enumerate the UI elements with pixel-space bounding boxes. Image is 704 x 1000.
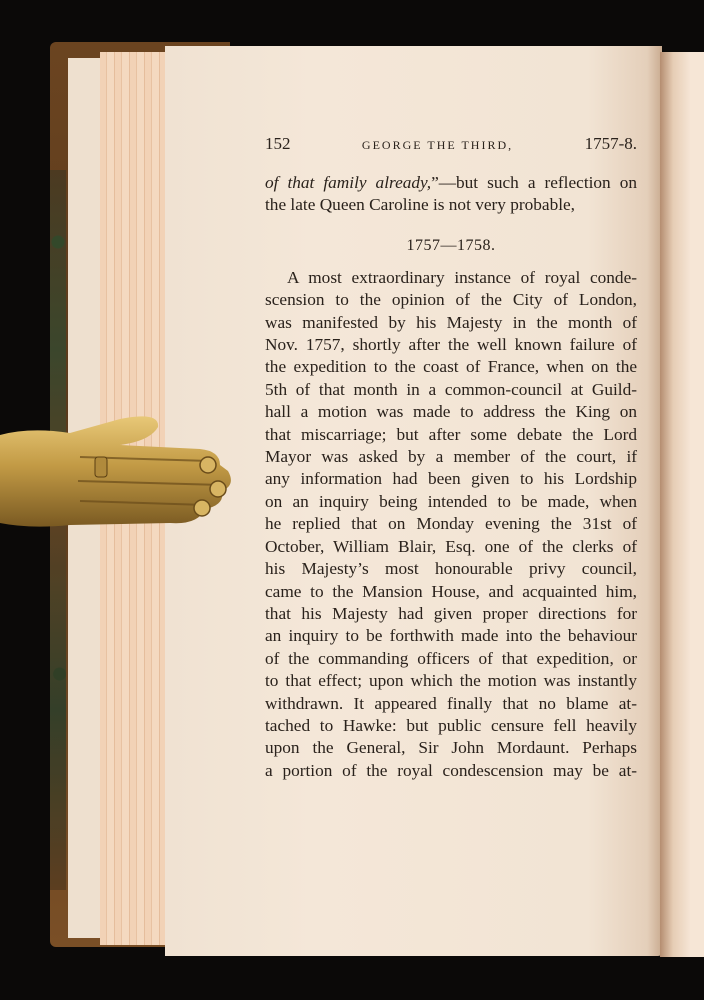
text-line: the expedition to the coast of France, w…	[265, 356, 637, 378]
page-number: 152	[265, 134, 291, 154]
section-heading: 1757—1758.	[265, 237, 637, 255]
page-text: 152 GEORGE THE THIRD, 1757-8. of that fa…	[265, 134, 637, 782]
text-line: 5th of that month in a common-council at…	[265, 379, 637, 401]
text-line: scension to the opinion of the City of L…	[265, 289, 637, 311]
text-line: of that family already,”—but such a refl…	[265, 172, 637, 194]
text-line: he replied that on Monday evening the 31…	[265, 513, 637, 535]
text-line: the late Queen Caroline is not very prob…	[265, 194, 637, 216]
brass-hand-page-holder	[0, 405, 235, 535]
text-line: on an inquiry being intended to be made,…	[265, 491, 637, 513]
text-line: withdrawn. It appeared finally that no b…	[265, 693, 637, 715]
running-title: GEORGE THE THIRD,	[362, 138, 513, 153]
text-line: October, William Blair, Esq. one of the …	[265, 536, 637, 558]
text-line: his Majesty’s most honourable privy coun…	[265, 558, 637, 580]
text-line: Nov. 1757, shortly after the well known …	[265, 334, 637, 356]
text-line: came to the Mansion House, and acquainte…	[265, 581, 637, 603]
text-line: of the commanding officers of that exped…	[265, 648, 637, 670]
text-line: that his Majesty had given proper direct…	[265, 603, 637, 625]
text-line: a portion of the royal condescension may…	[265, 760, 637, 782]
italic-quote: of that family already,	[265, 173, 431, 192]
text-line: tached to Hawke: but public censure fell…	[265, 715, 637, 737]
text-line: any information had been given to his Lo…	[265, 468, 637, 490]
text-line: was manifested by his Majesty in the mon…	[265, 312, 637, 334]
running-head: 152 GEORGE THE THIRD, 1757-8.	[265, 134, 637, 154]
text-line: hall a motion was made to address the Ki…	[265, 401, 637, 423]
book-photo: 152 GEORGE THE THIRD, 1757-8. of that fa…	[0, 0, 704, 1000]
facing-page-edge	[660, 52, 704, 957]
text-line: upon the General, Sir John Mordaunt. Per…	[265, 737, 637, 759]
text-line: that miscarriage; but after some debate …	[265, 424, 637, 446]
text-line: Mayor was asked by a member of the court…	[265, 446, 637, 468]
text-line: an inquiry to be forthwith made into the…	[265, 625, 637, 647]
text-line: A most extraordinary instance of royal c…	[265, 267, 637, 289]
text-line: to that effect; upon which the motion wa…	[265, 670, 637, 692]
paragraph: A most extraordinary instance of royal c…	[265, 267, 637, 782]
running-year: 1757-8.	[585, 134, 637, 154]
